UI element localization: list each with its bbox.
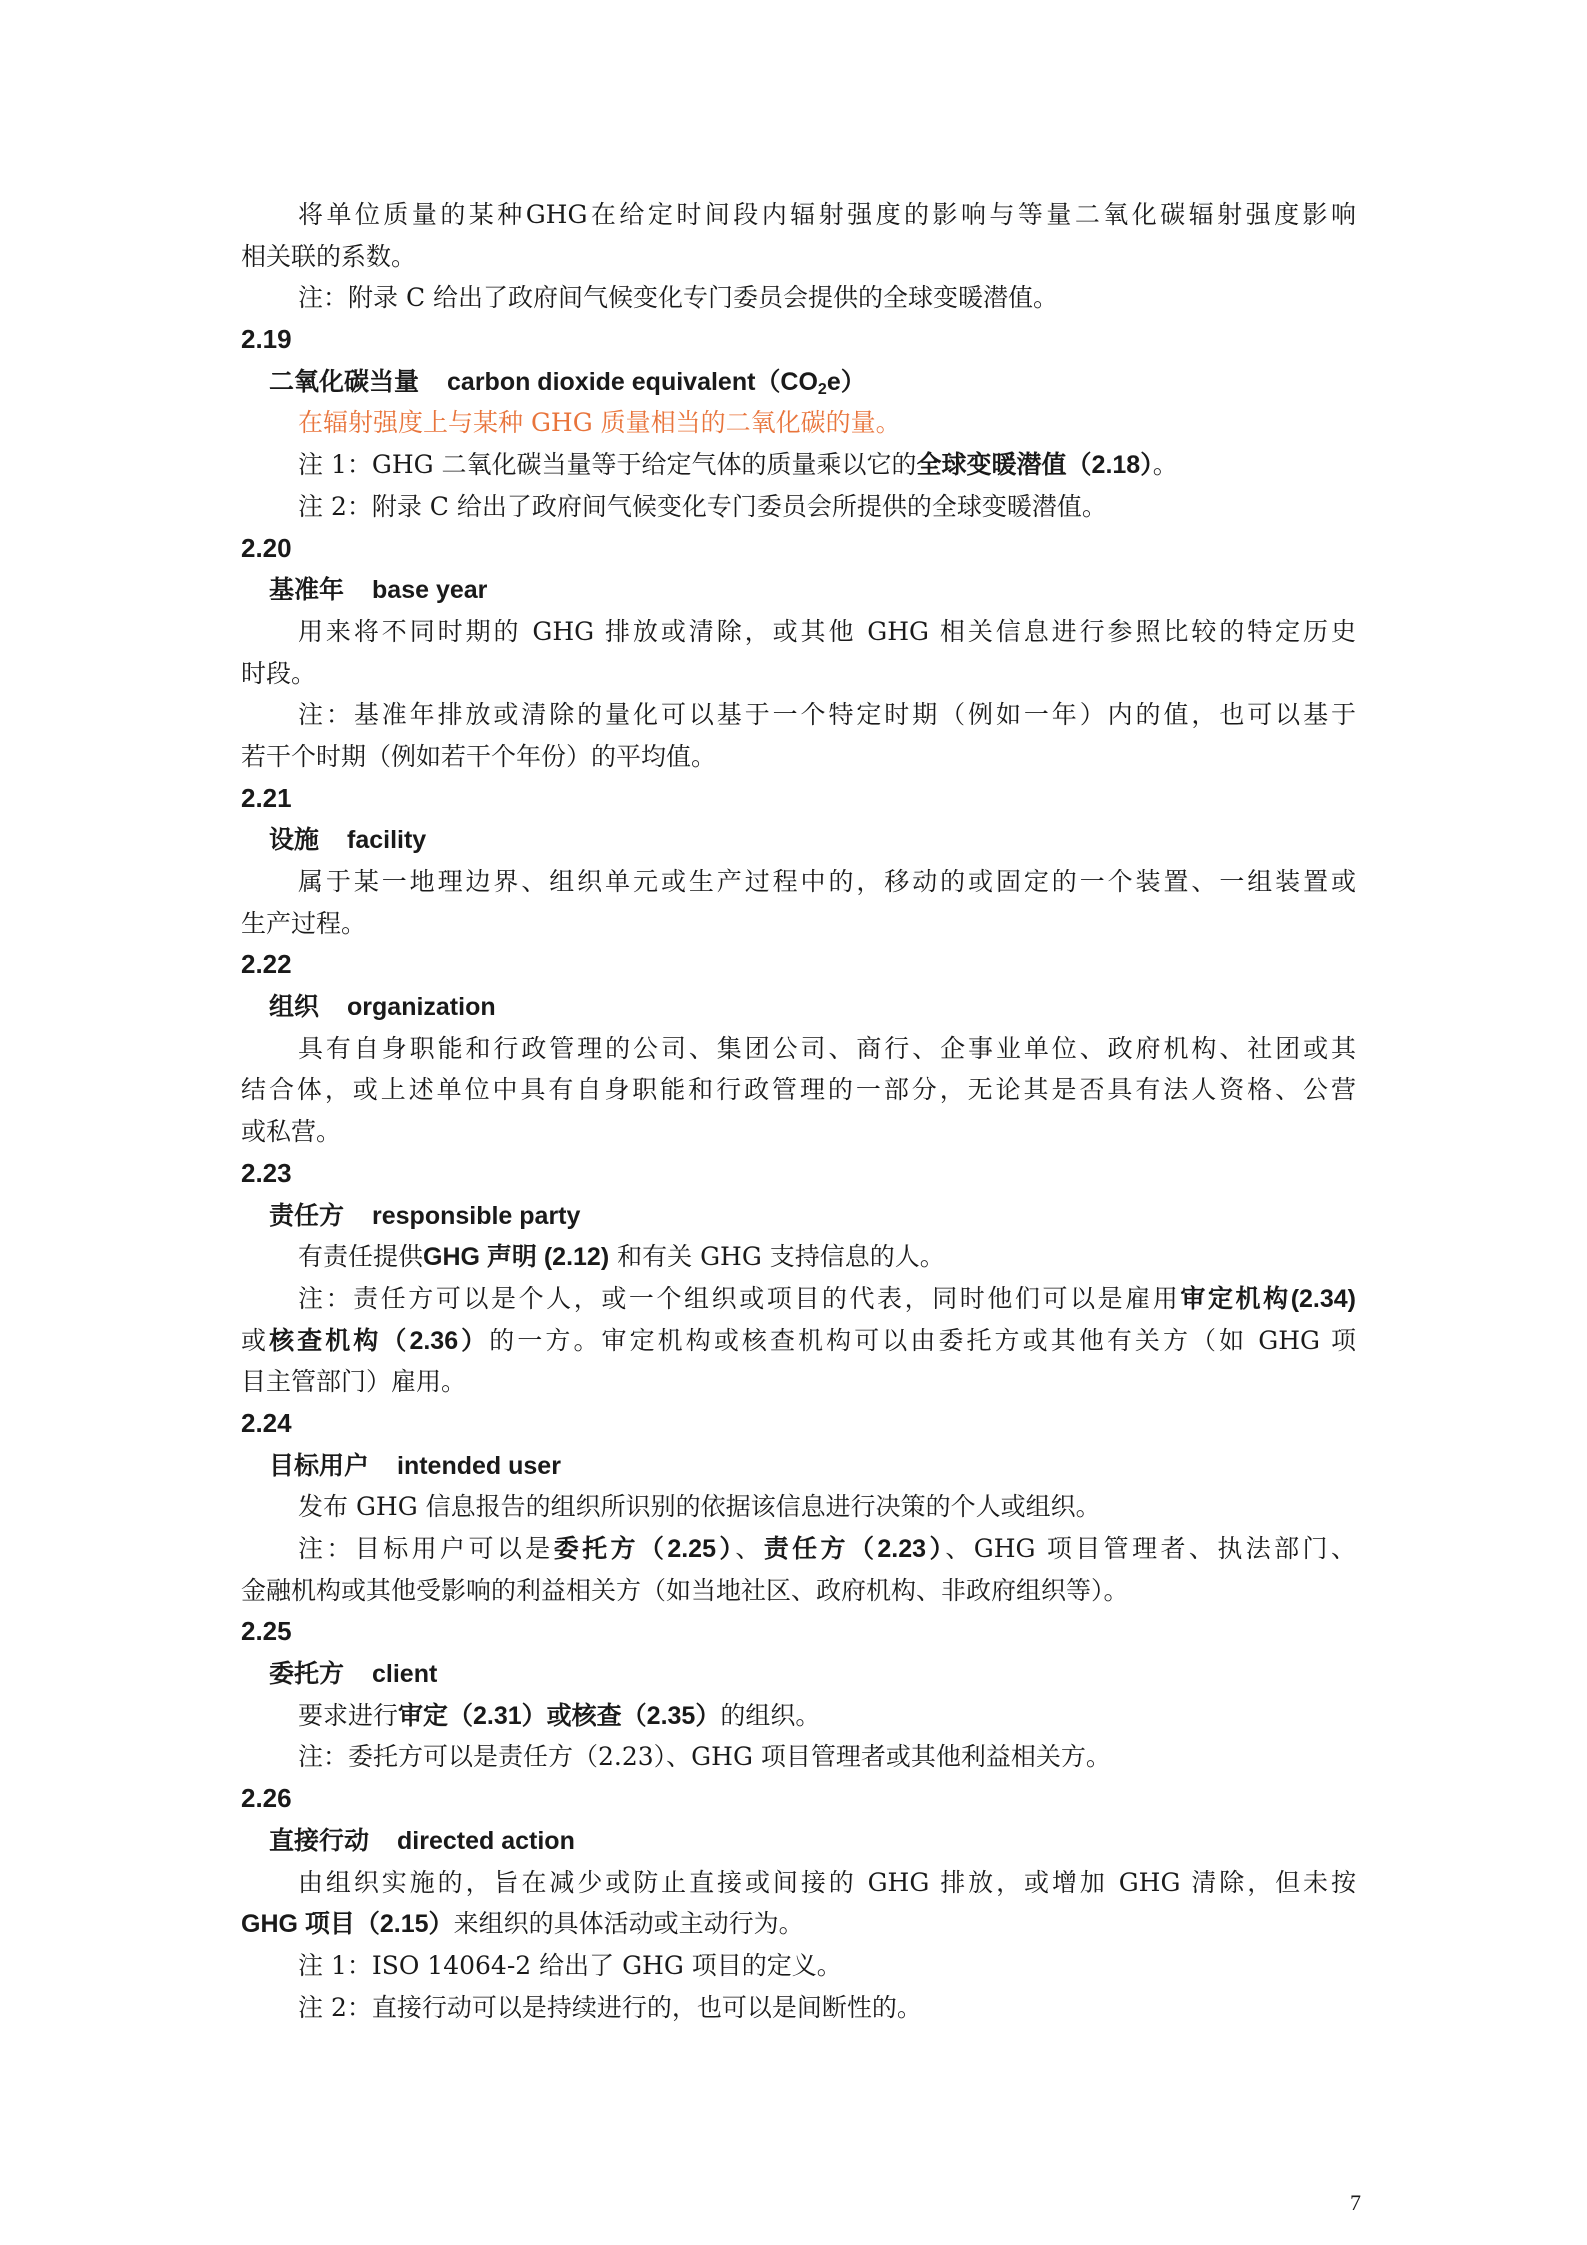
term-zh: 二氧化碳当量: [269, 367, 419, 396]
definition-text: 来组织的具体活动或主动行为。: [454, 1909, 804, 1938]
term-en: carbon dioxide equivalent（CO2e）: [447, 368, 866, 396]
note-2: 注 2：直接行动可以是持续进行的，也可以是间断性的。: [241, 1987, 1356, 2029]
intro-definition-line-1: 将单位质量的某种GHG在给定时间段内辐射强度的影响与等量二氧化碳辐射强度影响: [241, 194, 1356, 236]
definition: 要求进行审定（2.31）或核查（2.35）的组织。: [241, 1695, 1356, 1737]
page-number: 7: [1350, 2190, 1361, 2216]
definition-text: 的组织。: [720, 1701, 820, 1730]
definition-highlighted: 在辐射强度上与某种 GHG 质量相当的二氧化碳的量。: [241, 402, 1356, 444]
definition-line-2: 结合体，或上述单位中具有自身职能和行政管理的一部分，无论其是否具有法人资格、公营: [241, 1069, 1356, 1111]
note-line-2: 或核查机构（2.36）的一方。审定机构或核查机构可以由委托方或其他有关方（如 G…: [241, 1320, 1356, 1362]
note-1: 注 1：GHG 二氧化碳当量等于给定气体的质量乘以它的全球变暖潜值（2.18）。: [241, 444, 1356, 486]
definition: 发布 GHG 信息报告的组织所识别的依据该信息进行决策的个人或组织。: [241, 1486, 1356, 1528]
term-heading: 设施facility: [241, 819, 1356, 861]
cross-reference: GHG 声明 (2.12): [423, 1243, 609, 1271]
definition-line-2: 时段。: [241, 653, 1356, 695]
term-en: organization: [347, 993, 496, 1021]
cross-reference: 核查机构（2.36）: [269, 1327, 489, 1355]
note: 注：委托方可以是责任方（2.23）、GHG 项目管理者或其他利益相关方。: [241, 1736, 1356, 1778]
note-text: 、GHG 项目管理者、执法部门、: [945, 1534, 1356, 1563]
term-heading: 责任方responsible party: [241, 1195, 1356, 1237]
term-heading: 目标用户intended user: [241, 1445, 1356, 1487]
note-line-1: 注：目标用户可以是委托方（2.25）、责任方（2.23）、GHG 项目管理者、执…: [241, 1528, 1356, 1570]
term-heading: 基准年base year: [241, 569, 1356, 611]
definition-text: 要求进行: [298, 1701, 398, 1730]
note-text: 、: [735, 1534, 763, 1563]
term-zh: 责任方: [269, 1201, 344, 1230]
document-page: 将单位质量的某种GHG在给定时间段内辐射强度的影响与等量二氧化碳辐射强度影响 相…: [241, 194, 1356, 2028]
entry-number: 2.26: [241, 1778, 1356, 1820]
term-heading: 直接行动directed action: [241, 1820, 1356, 1862]
entry-number: 2.22: [241, 944, 1356, 986]
term-en: client: [372, 1660, 437, 1688]
note-text: 注：责任方可以是个人，或一个组织或项目的代表，同时他们可以是雇用: [298, 1284, 1180, 1313]
note-line-2: 金融机构或其他受影响的利益相关方（如当地社区、政府机构、非政府组织等）。: [241, 1570, 1356, 1612]
entry-number: 2.24: [241, 1403, 1356, 1445]
definition-line-1: 属于某一地理边界、组织单元或生产过程中的，移动的或固定的一个装置、一组装置或: [241, 861, 1356, 903]
term-zh: 组织: [269, 992, 319, 1021]
definition-line-2: 生产过程。: [241, 903, 1356, 945]
term-zh: 目标用户: [269, 1451, 369, 1480]
entry-number: 2.25: [241, 1611, 1356, 1653]
definition-line-3: 或私营。: [241, 1111, 1356, 1153]
definition-line-1: 由组织实施的，旨在减少或防止直接或间接的 GHG 排放，或增加 GHG 清除，但…: [241, 1862, 1356, 1904]
term-en: facility: [347, 826, 426, 854]
note-text: 。: [1153, 450, 1178, 479]
cross-reference: 全球变暖潜值（2.18）: [917, 451, 1153, 479]
definition-line-1: 具有自身职能和行政管理的公司、集团公司、商行、企事业单位、政府机构、社团或其: [241, 1028, 1356, 1070]
term-en: base year: [372, 576, 487, 604]
note-line-1: 注：基准年排放或清除的量化可以基于一个特定时期（例如一年）内的值，也可以基于: [241, 694, 1356, 736]
term-heading: 委托方client: [241, 1653, 1356, 1695]
note-text: 注 1：GHG 二氧化碳当量等于给定气体的质量乘以它的: [298, 450, 917, 479]
note-text: 注：目标用户可以是: [298, 1534, 554, 1563]
cross-reference: 委托方（2.25）: [554, 1535, 736, 1563]
definition-text: 和有关 GHG 支持信息的人。: [609, 1242, 945, 1271]
term-en: responsible party: [372, 1202, 580, 1230]
term-zh: 基准年: [269, 575, 344, 604]
cross-reference: GHG 项目（2.15）: [241, 1910, 454, 1938]
entry-number: 2.23: [241, 1153, 1356, 1195]
term-zh: 设施: [269, 825, 319, 854]
entry-number: 2.20: [241, 528, 1356, 570]
note-line-1: 注：责任方可以是个人，或一个组织或项目的代表，同时他们可以是雇用审定机构(2.3…: [241, 1278, 1356, 1320]
term-zh: 直接行动: [269, 1826, 369, 1855]
definition-text: 有责任提供: [298, 1242, 423, 1271]
term-en-main: carbon dioxide equivalent（CO: [447, 368, 818, 396]
definition-line-1: 用来将不同时期的 GHG 排放或清除，或其他 GHG 相关信息进行参照比较的特定…: [241, 611, 1356, 653]
intro-definition-line-2: 相关联的系数。: [241, 236, 1356, 278]
note-text: 的一方。审定机构或核查机构可以由委托方或其他有关方（如 GHG 项: [489, 1326, 1356, 1355]
term-zh: 委托方: [269, 1659, 344, 1688]
intro-note: 注：附录 C 给出了政府间气候变化专门委员会提供的全球变暖潜值。: [241, 277, 1356, 319]
cross-reference: 责任方（2.23）: [764, 1535, 946, 1563]
term-en: directed action: [397, 1827, 575, 1855]
term-en-subscript: 2: [818, 381, 827, 398]
definition-line-2: GHG 项目（2.15）来组织的具体活动或主动行为。: [241, 1903, 1356, 1945]
entry-number: 2.21: [241, 778, 1356, 820]
term-en: intended user: [397, 1452, 561, 1480]
note-1: 注 1：ISO 14064-2 给出了 GHG 项目的定义。: [241, 1945, 1356, 1987]
note-2: 注 2：附录 C 给出了政府间气候变化专门委员会所提供的全球变暖潜值。: [241, 486, 1356, 528]
term-en-tail: e）: [827, 368, 866, 396]
cross-reference: 审定（2.31）或核查（2.35）: [398, 1702, 720, 1730]
definition: 有责任提供GHG 声明 (2.12) 和有关 GHG 支持信息的人。: [241, 1236, 1356, 1278]
entry-number: 2.19: [241, 319, 1356, 361]
note-text: 或: [241, 1326, 269, 1355]
cross-reference: 审定机构(2.34): [1180, 1285, 1356, 1313]
note-line-3: 目主管部门）雇用。: [241, 1361, 1356, 1403]
term-heading: 二氧化碳当量carbon dioxide equivalent（CO2e）: [241, 361, 1356, 403]
term-heading: 组织organization: [241, 986, 1356, 1028]
note-line-2: 若干个时期（例如若干个年份）的平均值。: [241, 736, 1356, 778]
